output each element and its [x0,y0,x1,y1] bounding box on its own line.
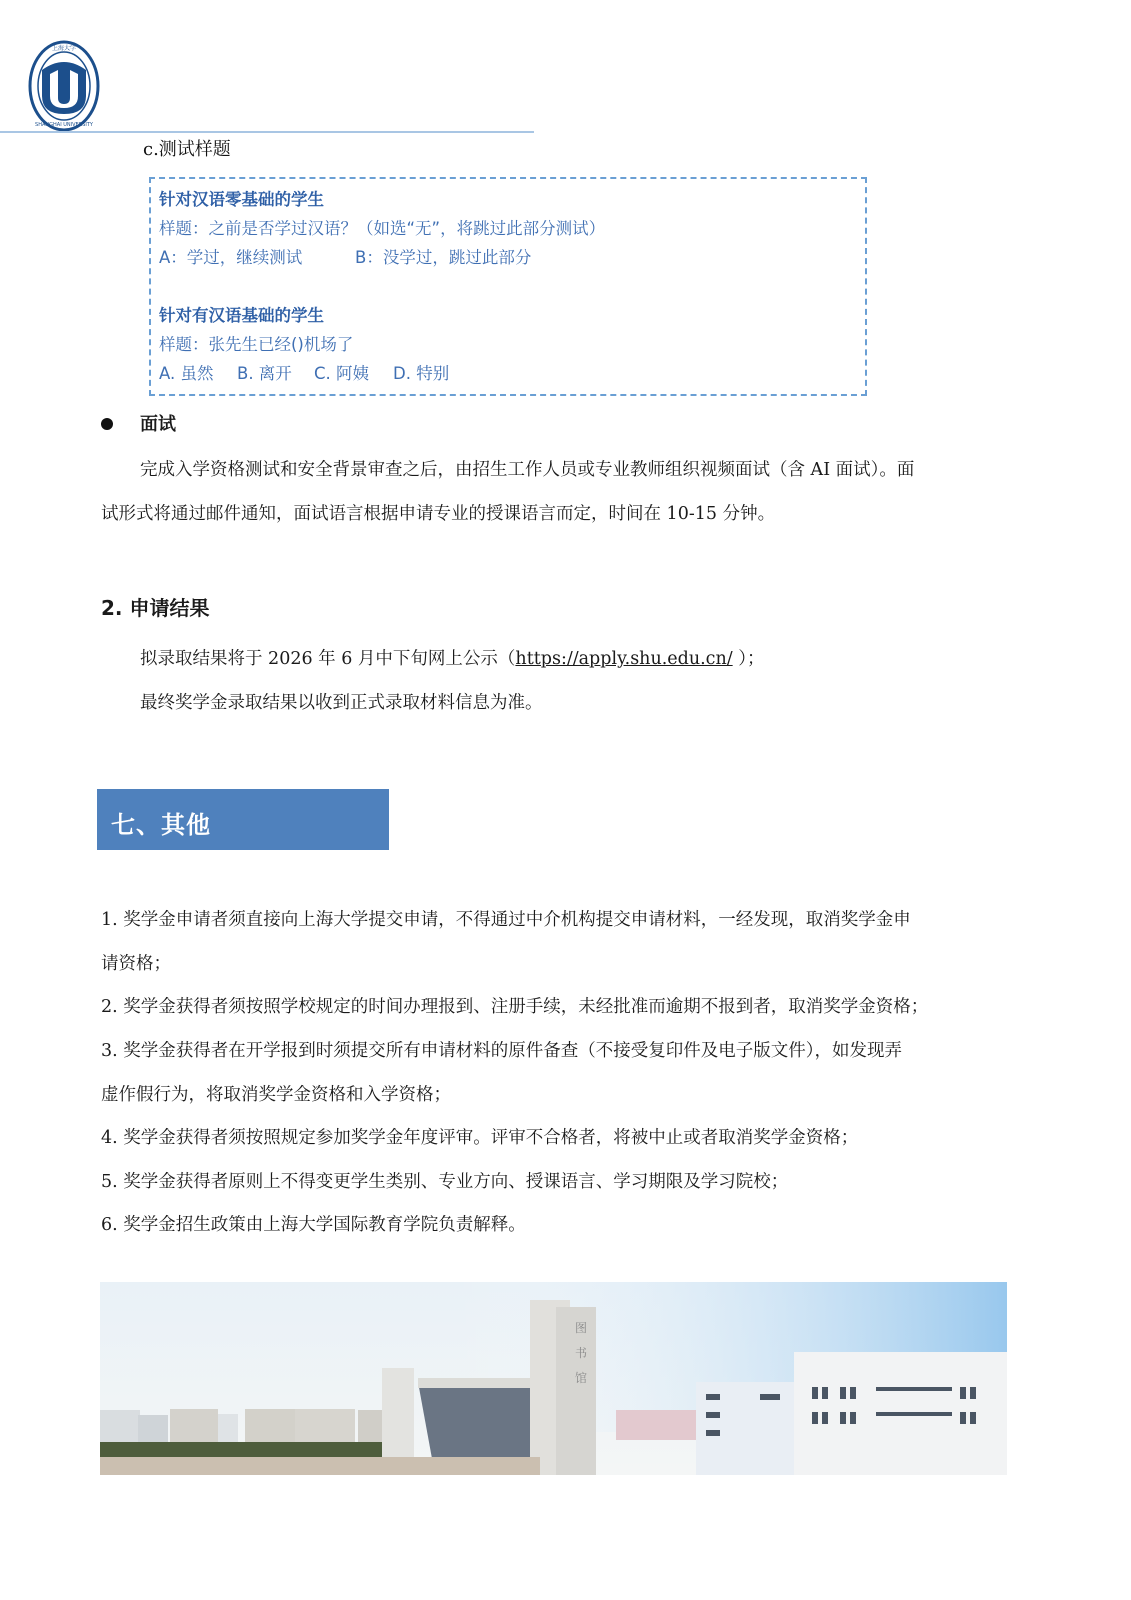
shanghai-university-emblem-icon: 上海大学 SHANGHAI UNIVERSITY [28,40,100,132]
others-item-1-line-2: 请资格； [101,952,171,976]
with-basis-option-b: B. 离开 [237,362,292,386]
results-text-line-1: 拟录取结果将于 2026 年 6 月中下旬网上公示（https://apply.… [140,647,764,671]
interview-heading: 面试 [140,413,176,437]
university-logo: 上海大学 SHANGHAI UNIVERSITY [28,40,100,132]
others-item-3-line-1: 3. 奖学金获得者在开学报到时须提交所有申请材料的原件备查（不接受复印件及电子版… [101,1039,902,1063]
zero-basis-question: 样题：之前是否学过汉语？（如选“无”，将跳过此部分测试） [159,217,605,241]
apply-website-link[interactable]: https://apply.shu.edu.cn/ [515,649,732,669]
results-date-text: 拟录取结果将于 2026 年 6 月中下旬网上公示（ [140,649,515,669]
zero-basis-option-a: A：学过，继续测试 [159,246,302,270]
header-divider [0,131,534,133]
campus-panorama-image: 图 书 馆 [100,1282,1007,1475]
campus-photo: 图 书 馆 [100,1282,1007,1475]
svg-text:图: 图 [575,1321,587,1335]
results-heading: 2. 申请结果 [101,594,209,622]
others-item-6: 6. 奖学金招生政策由上海大学国际教育学院负责解释。 [101,1213,526,1237]
others-item-1-line-1: 1. 奖学金申请者须直接向上海大学提交申请，不得通过中介机构提交申请材料，一经发… [101,908,911,932]
svg-text:SHANGHAI UNIVERSITY: SHANGHAI UNIVERSITY [35,122,94,128]
zero-basis-title: 针对汉语零基础的学生 [159,188,324,212]
chapter-title: 七、其他 [111,805,211,840]
others-item-3-line-2: 虚作假行为，将取消奖学金资格和入学资格； [101,1083,451,1107]
svg-text:书: 书 [575,1345,587,1360]
sample-questions-box: 针对汉语零基础的学生 样题：之前是否学过汉语？（如选“无”，将跳过此部分测试） … [149,177,867,396]
with-basis-option-d: D. 特别 [393,362,449,386]
svg-text:上海大学: 上海大学 [52,44,76,52]
with-basis-title: 针对有汉语基础的学生 [159,304,324,328]
svg-text:馆: 馆 [575,1370,587,1385]
others-item-4: 4. 奖学金获得者须按照规定参加奖学金年度评审。评审不合格者，将被中止或者取消奖… [101,1126,858,1150]
with-basis-option-c: C. 阿姨 [314,362,369,386]
interview-text-line-2: 试形式将通过邮件通知，面试语言根据申请专业的授课语言而定，时间在 10-15 分… [101,502,775,526]
sample-test-heading: c.测试样题 [143,137,231,163]
with-basis-option-a: A. 虽然 [159,362,214,386]
interview-text-line-1: 完成入学资格测试和安全背景审查之后，由招生工作人员或专业教师组织视频面试（含 A… [140,458,914,482]
results-text-line-2: 最终奖学金录取结果以收到正式录取材料信息为准。 [140,691,543,715]
results-date-suffix: ）； [733,649,765,669]
others-item-5: 5. 奖学金获得者原则上不得变更学生类别、专业方向、授课语言、学习期限及学习院校… [101,1170,788,1194]
with-basis-question: 样题：张先生已经()机场了 [159,333,353,357]
bullet-dot-icon [101,418,113,430]
others-item-2: 2. 奖学金获得者须按照学校规定的时间办理报到、注册手续，未经批准而逾期不报到者… [101,995,928,1019]
zero-basis-option-b: B：没学过，跳过此部分 [355,246,531,270]
chapter-heading-bar: 七、其他 [97,789,389,850]
